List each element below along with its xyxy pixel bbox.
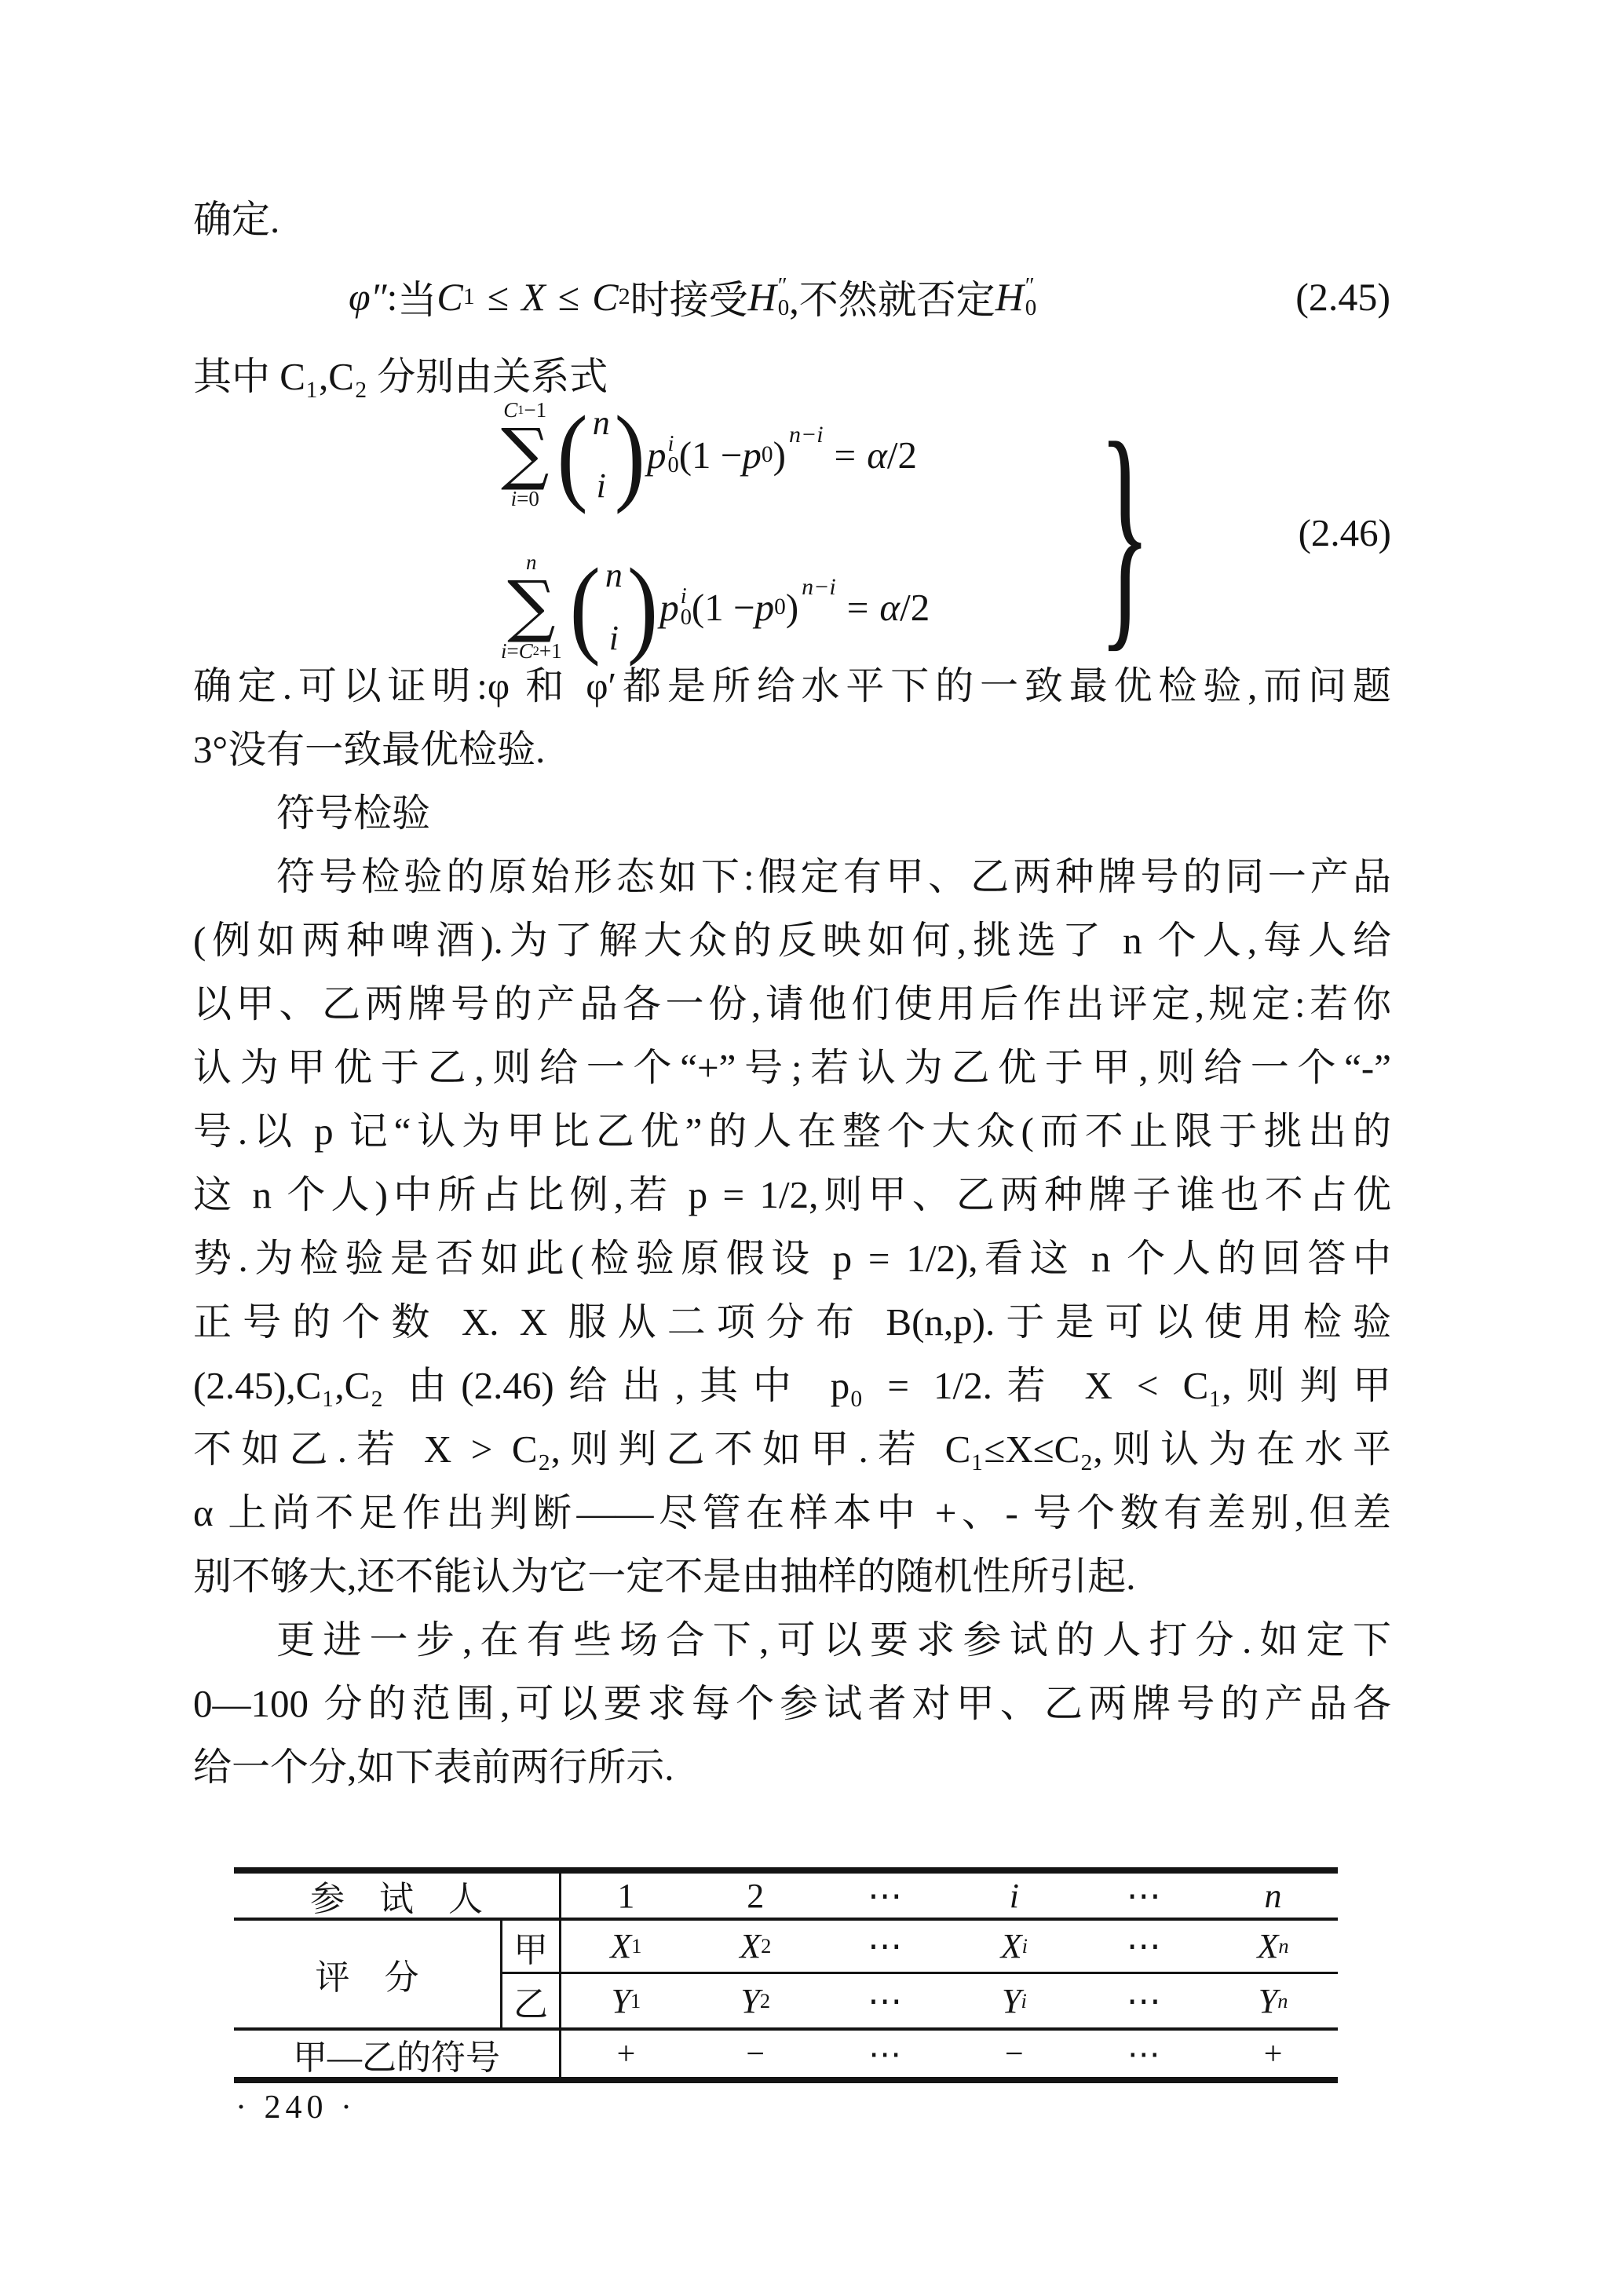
dots-cell: ⋯ [820, 1921, 950, 1972]
binomial-coefficient: ( ni ) [570, 558, 659, 656]
var-h0: H [748, 274, 776, 320]
body-line: (2.45),C₁,C₂ 由(2.46)给出,其中 p₀ = 1/2.若 X <… [193, 1354, 1391, 1417]
leq-sign: ≤ [558, 274, 579, 320]
one-minus: 1 − [704, 585, 754, 630]
x-cell: X2 [691, 1921, 820, 1972]
sum-operator: n ∑ i=C2+1 [501, 549, 562, 664]
var-h0: H [995, 274, 1024, 320]
var-c2-sub: 2 [619, 283, 630, 310]
x-cell: Xn [1208, 1921, 1338, 1972]
alpha-symbol: α [879, 585, 900, 630]
var-x: X [521, 274, 546, 320]
p0-sub: 0 [762, 442, 773, 468]
score-table: 参 试 人 1 2 ⋯ i ⋯ n 评 分 甲 X1 X2 ⋯ Xi ⋯ Xn [234, 1867, 1338, 2083]
y-cell: Y2 [691, 1974, 820, 2027]
col-header: ⋯ [820, 1874, 950, 1918]
sum-lower-limit: i=0 [511, 486, 539, 513]
var-p0: p [742, 433, 762, 477]
table-header-row: 参 试 人 1 2 ⋯ i ⋯ n [234, 1874, 1338, 1921]
sign-label-cell: 甲—乙的符号 [234, 2031, 561, 2077]
col-header: ⋯ [1079, 1874, 1208, 1918]
y-cell: Yi [949, 1974, 1079, 2027]
exponent-n-minus-i: n−i [789, 422, 824, 448]
col-header: 2 [691, 1874, 820, 1918]
text-otherwise-reject: ,不然就否定 [789, 269, 995, 325]
participant-header-cell: 参 试 人 [234, 1874, 561, 1918]
binomial-stack: ni [601, 558, 627, 656]
text-accept: 时接受 [630, 269, 748, 325]
sign-cell: + [561, 2031, 691, 2077]
brand-b-cell: 乙 [500, 1974, 561, 2027]
book-page: 确定. φ″:当 C1≤X≤C2 时接受 H″0,不然就否定 H″0 (2.45… [0, 0, 1622, 2296]
phi-symbol: φ″ [349, 274, 387, 320]
paragraph-line: 确定. [193, 198, 1390, 242]
sign-cell: − [691, 2031, 820, 2077]
col-header: 1 [561, 1874, 691, 1918]
over-two: /2 [900, 585, 930, 630]
section-heading: 符号检验 [193, 781, 1391, 845]
table-row: 甲 X1 X2 ⋯ Xi ⋯ Xn [500, 1921, 1338, 1974]
body-line: 确定.可以证明:φ 和 φ′都是所给水平下的一致最优检验,而问题 [193, 654, 1391, 718]
y-cell: Y1 [561, 1974, 691, 2027]
x-cell: Xi [949, 1921, 1079, 1972]
col-header: n [1208, 1874, 1338, 1918]
sign-cell: − [949, 2031, 1079, 2077]
sign-row: 甲—乙的符号 + − ⋯ − ⋯ + [234, 2031, 1338, 2077]
body-line: 以甲、乙两牌号的产品各一份,请他们使用后作出评定,规定:若你 [193, 972, 1391, 1036]
equation-2-46: C1−1 ∑ i=0 ( ni ) pi0(1 − p0)n−i = α/2 n… [193, 386, 1391, 678]
score-label-cell: 评 分 [234, 1921, 500, 2027]
body-line: 更进一步,在有些场合下,可以要求参试的人打分.如定下 [193, 1608, 1391, 1672]
var-c1-sub: 1 [463, 283, 475, 310]
sign-cell: ⋯ [820, 2031, 950, 2077]
body-line: 给一个分,如下表前两行所示. [193, 1735, 1391, 1799]
open-paren: ( [679, 433, 692, 477]
close-paren: ) [615, 405, 645, 503]
right-brace: } [1090, 386, 1160, 678]
text-when: 当 [397, 269, 437, 325]
x-cell: X1 [561, 1921, 691, 1972]
dots-cell: ⋯ [820, 1974, 950, 2027]
sigma-icon: ∑ [507, 576, 555, 638]
body-line: 势.为检验是否如此(检验原假设 p = 1/2),看这 n 个人的回答中 [193, 1227, 1391, 1290]
eq46-line1: C1−1 ∑ i=0 ( ni ) pi0(1 − p0)n−i = α/2 [501, 388, 917, 521]
one-minus: 1 − [692, 433, 742, 477]
col-header: i [949, 1874, 1079, 1918]
equation-number-245: (2.45) [1295, 274, 1390, 320]
body-line: 3°没有一致最优检验. [193, 718, 1391, 781]
close-paren: ) [773, 433, 786, 477]
body-line: α 上尚不足作出判断——尽管在样本中 +、- 号个数有差别,但差 [193, 1481, 1391, 1545]
var-p0: p [647, 433, 667, 477]
body-line: 符号检验的原始形态如下:假定有甲、乙两种牌号的同一产品 [193, 845, 1391, 909]
page-number: · 240 · [236, 2089, 356, 2126]
body-line: 这 n 个人)中所占比例,若 p = 1/2,则甲、乙两种牌子谁也不占优 [193, 1163, 1391, 1227]
var-c1: C [437, 274, 462, 320]
close-paren: ) [786, 585, 798, 630]
body-line: 不如乙.若 X > C₂,则判乙不如甲.若 C₁≤X≤C₂,则认为在水平 [193, 1417, 1391, 1481]
h0-supsub: ″0 [1025, 275, 1037, 318]
alpha-symbol: α [867, 433, 887, 477]
body-line: 别不够大,还不能认为它一定不是由抽样的随机性所引起. [193, 1545, 1391, 1608]
body-line: 号.以 p 记“认为甲比乙优”的人在整个大众(而不止限于挑出的 [193, 1099, 1391, 1163]
open-paren: ( [570, 558, 601, 656]
body-text: 确定.可以证明:φ 和 φ′都是所给水平下的一致最优检验,而问题 3°没有一致最… [193, 654, 1391, 1799]
var-p0: p [659, 585, 679, 630]
equals-sign: = [835, 433, 857, 477]
p0-supsub: i0 [668, 433, 679, 476]
close-paren: ) [627, 558, 658, 656]
binomial-coefficient: ( ni ) [557, 406, 645, 503]
exponent-n-minus-i: n−i [802, 574, 836, 601]
var-c2: C [592, 274, 618, 320]
p0-sub: 0 [774, 594, 786, 620]
sum-operator: C1−1 ∑ i=0 [501, 397, 549, 512]
over-two: /2 [887, 433, 917, 477]
brand-a-cell: 甲 [500, 1921, 561, 1972]
body-line: 正号的个数 X. X 服从二项分布 B(n,p).于是可以使用检验 [193, 1290, 1391, 1354]
binomial-stack: ni [588, 406, 615, 503]
table-row: 乙 Y1 Y2 ⋯ Yi ⋯ Yn [500, 1974, 1338, 2027]
leq-sign: ≤ [488, 274, 509, 320]
h0-supsub: ″0 [778, 275, 790, 318]
dots-cell: ⋯ [1079, 1974, 1208, 2027]
body-line: 0—100 分的范围,可以要求每个参试者对甲、乙两牌号的产品各 [193, 1672, 1391, 1735]
colon: : [387, 274, 398, 320]
equation-number-246: (2.46) [1299, 386, 1391, 678]
score-rows: 评 分 甲 X1 X2 ⋯ Xi ⋯ Xn 乙 Y1 Y2 ⋯ Yi ⋯ [234, 1921, 1338, 2031]
var-p0: p [755, 585, 775, 630]
dots-cell: ⋯ [1079, 1921, 1208, 1972]
sigma-icon: ∑ [501, 423, 549, 485]
body-line: (例如两种啤酒).为了解大众的反映如何,挑选了 n 个人,每人给 [193, 909, 1391, 972]
sign-cell: + [1208, 2031, 1338, 2077]
y-cell: Yn [1208, 1974, 1338, 2027]
open-paren: ( [692, 585, 704, 630]
open-paren: ( [557, 405, 587, 503]
p0-supsub: i0 [681, 586, 692, 628]
equation-2-45: φ″:当 C1≤X≤C2 时接受 H″0,不然就否定 H″0 (2.45) [193, 265, 1390, 328]
equals-sign: = [847, 585, 869, 630]
body-line: 认为甲优于乙,则给一个“+”号;若认为乙优于甲,则给一个“-” [193, 1036, 1391, 1099]
sign-cell: ⋯ [1079, 2031, 1208, 2077]
